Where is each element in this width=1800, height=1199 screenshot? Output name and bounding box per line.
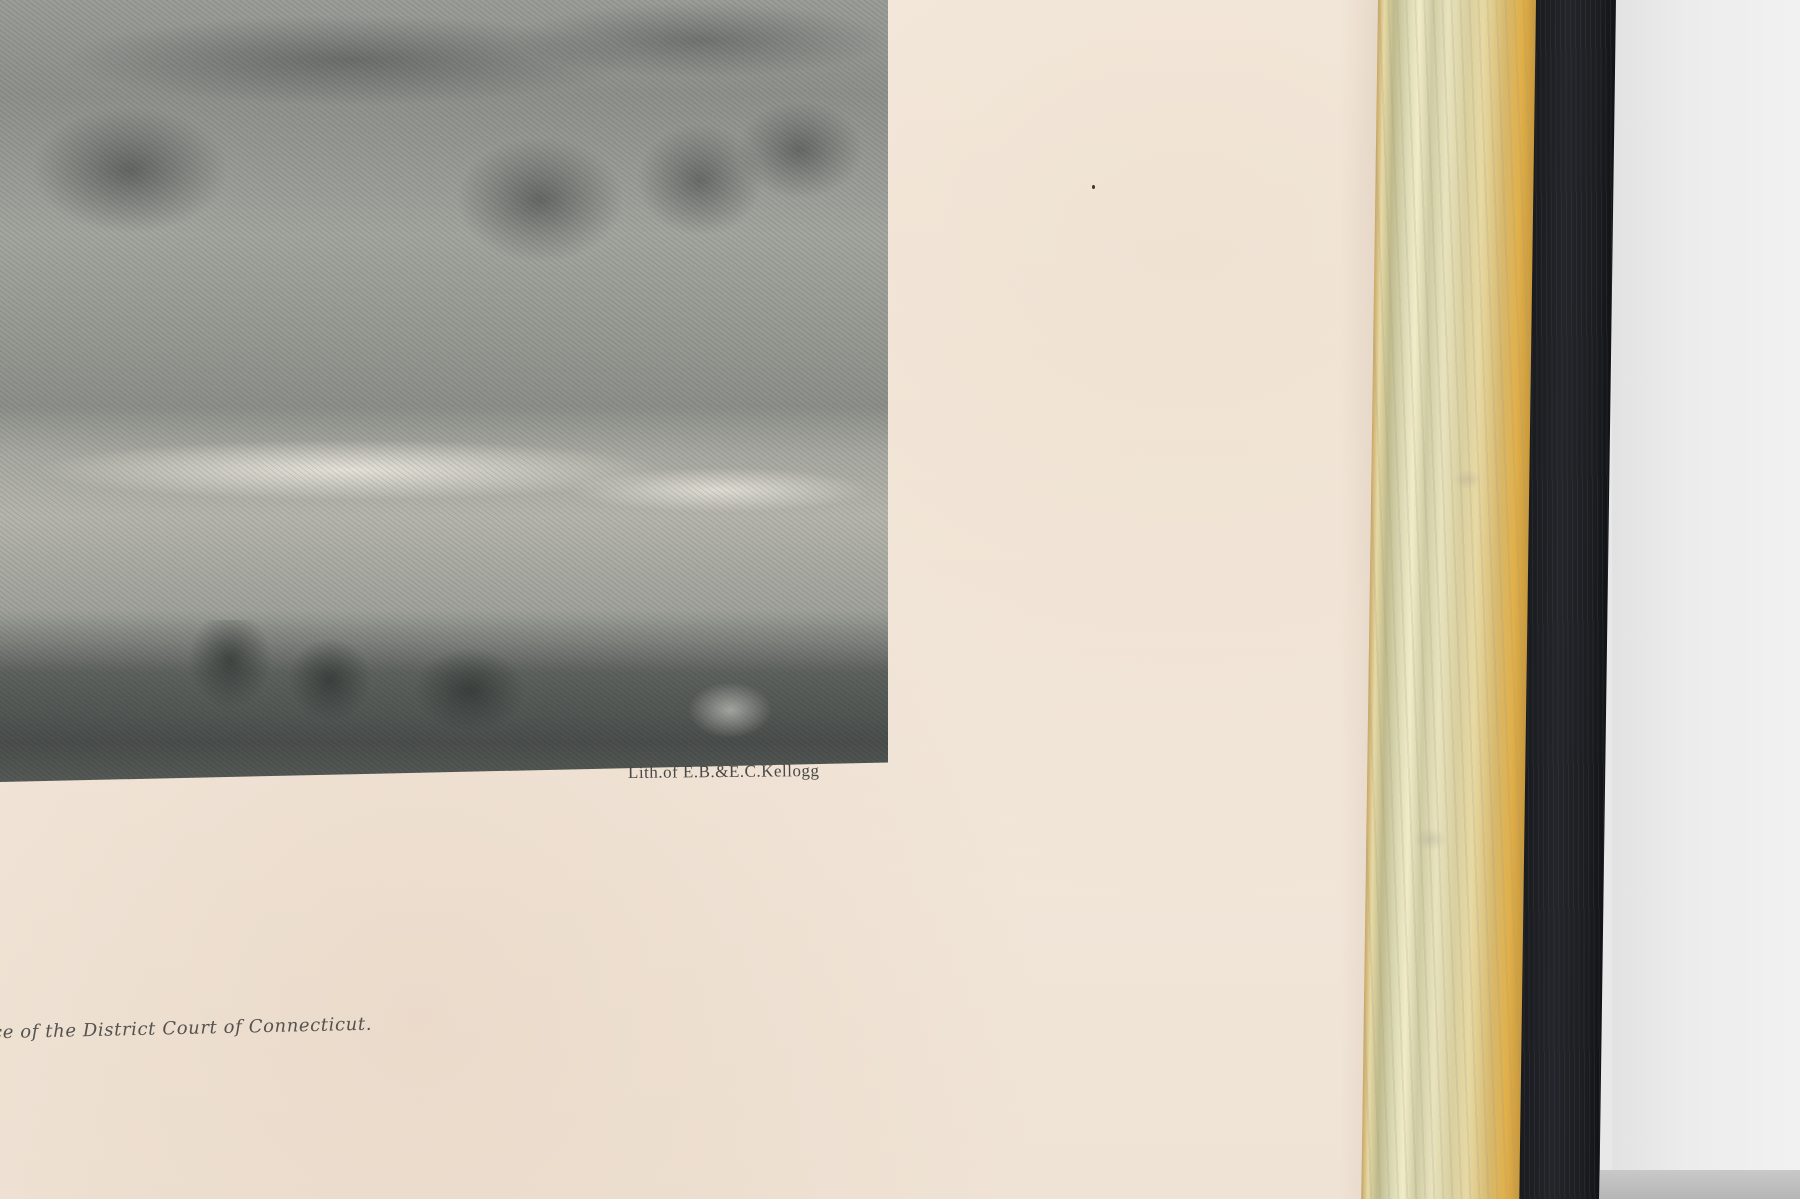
- paper-speck: [1092, 185, 1095, 189]
- print-title-caption: ce of the District Court of Connecticut.: [0, 1014, 372, 1044]
- paper-mat: Lith.of E.B.&E.C.Kellogg ce of the Distr…: [0, 0, 1395, 1199]
- black-outer-frame: [1519, 0, 1616, 1199]
- gold-leaf-frame-moulding: [1361, 0, 1538, 1199]
- lithographer-credit: Lith.of E.B.&E.C.Kellogg: [628, 761, 820, 783]
- wall-background: [1612, 0, 1800, 1199]
- photo-scene: Lith.of E.B.&E.C.Kellogg ce of the Distr…: [0, 0, 1800, 1199]
- lithograph-foreground-foliage: [0, 620, 888, 782]
- shelf-edge: [1600, 1170, 1800, 1199]
